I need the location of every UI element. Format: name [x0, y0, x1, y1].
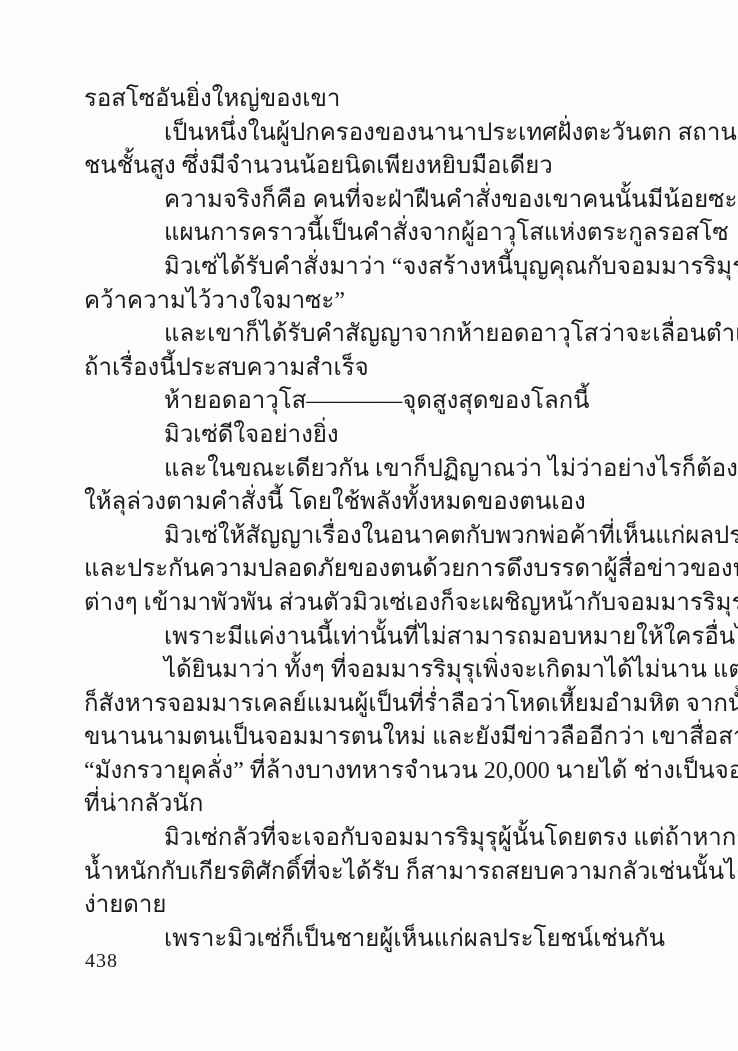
- text-line: มิวเซ่ดีใจอย่างยิ่ง: [84, 419, 662, 453]
- text-line: น้ำหนักกับเกียรติศักดิ์ที่จะได้รับ ก็สาม…: [84, 856, 662, 890]
- text-line: และประกันความปลอดภัยของตนด้วยการดึงบรรดา…: [84, 553, 662, 587]
- text-line: ก็สังหารจอมมารเคลย์แมนผู้เป็นที่ร่ำลือว่…: [84, 688, 662, 722]
- text-line: ขนานนามตนเป็นจอมมารตนใหม่ และยังมีข่าวลื…: [84, 721, 662, 755]
- text-line: ความจริงก็คือ คนที่จะฝ่าฝืนคำสั่งของเขาค…: [84, 184, 662, 218]
- page-number: 438: [85, 950, 118, 973]
- text-line: เป็นหนึ่งในผู้ปกครองของนานาประเทศฝั่งตะว…: [84, 117, 662, 151]
- text-line: ให้ลุล่วงตามคำสั่งนี้ โดยใช้พลังทั้งหมดข…: [84, 486, 662, 520]
- text-line: “มังกรวายุคลั่ง” ที่ล้างบางทหารจำนวน 20,…: [84, 755, 662, 789]
- text-line: ห้ายอดอาวุโส————จุดสูงสุดของโลกนี้: [84, 385, 662, 419]
- text-line: และในขณะเดียวกัน เขาก็ปฏิญาณว่า ไม่ว่าอย…: [84, 453, 662, 487]
- text-line: ได้ยินมาว่า ทั้งๆ ที่จอมมารริมุรุเพิ่งจะ…: [84, 654, 662, 688]
- text-line: มิวเซ่ได้รับคำสั่งมาว่า “จงสร้างหนี้บุญค…: [84, 251, 662, 285]
- text-line: มิวเซ่กลัวที่จะเจอกับจอมมารริมุรุผู้นั้น…: [84, 822, 662, 856]
- text-line: ชนชั้นสูง ซึ่งมีจำนวนน้อยนิดเพียงหยิบมือ…: [84, 150, 662, 184]
- text-line: รอสโซอันยิ่งใหญ่ของเขา: [84, 83, 662, 117]
- text-line: แผนการคราวนี้เป็นคำสั่งจากผู้อาวุโสแห่งต…: [84, 217, 662, 251]
- text-line: ถ้าเรื่องนี้ประสบความสำเร็จ: [84, 352, 662, 386]
- text-line: คว้าความไว้วางใจมาซะ”: [84, 285, 662, 319]
- text-line: และเขาก็ได้รับคำสัญญาจากห้ายอดอาวุโสว่าจ…: [84, 318, 662, 352]
- text-line: มิวเซ่ให้สัญญาเรื่องในอนาคตกับพวกพ่อค้าท…: [84, 520, 662, 554]
- book-page: รอสโซอันยิ่งใหญ่ของเขาเป็นหนึ่งในผู้ปกคร…: [0, 0, 738, 1051]
- text-line: ต่างๆ เข้ามาพัวพัน ส่วนตัวมิวเซ่เองก็จะเ…: [84, 587, 662, 621]
- text-line: ง่ายดาย: [84, 889, 662, 923]
- text-line: เพราะมีแค่งานนี้เท่านั้นที่ไม่สามารถมอบห…: [84, 621, 662, 655]
- text-line: ที่น่ากลัวนัก: [84, 788, 662, 822]
- text-line: เพราะมิวเซ่ก็เป็นชายผู้เห็นแก่ผลประโยชน์…: [84, 923, 662, 957]
- text-block: รอสโซอันยิ่งใหญ่ของเขาเป็นหนึ่งในผู้ปกคร…: [84, 83, 662, 956]
